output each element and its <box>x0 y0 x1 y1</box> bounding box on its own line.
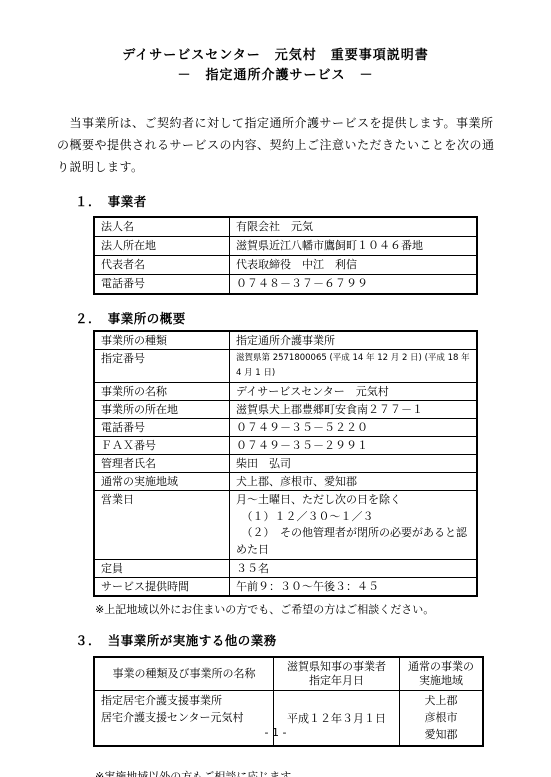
table-row: 事業所の所在地 滋賀県犬上郡豊郷町安食南２７７－１ <box>94 401 477 419</box>
row-label: 電話番号 <box>94 419 230 437</box>
table-header-row: 事業の種類及び事業所の名称 滋賀県知事の事業者 指定年月日 通常の事業の 実施地… <box>94 657 483 691</box>
document-subtitle: － 指定通所介護サービス － <box>0 66 551 86</box>
row-label: 指定番号 <box>94 350 230 383</box>
row-label: 管理者氏名 <box>94 455 230 473</box>
table-row: 代表者名 代表取締役 中江 利信 <box>94 256 477 275</box>
row-value: ３５名 <box>230 560 478 578</box>
row-value: 有限会社 元気 <box>230 217 478 237</box>
row-value: ０７４９－３５－５２２０ <box>230 419 478 437</box>
row-label: 法人名 <box>94 217 230 237</box>
row-label: 電話番号 <box>94 275 230 295</box>
table-row: 法人所在地 滋賀県近江八幡市鷹飼町１０４６番地 <box>94 237 477 256</box>
office-overview-table: 事業所の種類 指定通所介護事業所 指定番号 滋賀県第 2571800065 (平… <box>93 330 478 597</box>
section3-note: ※実施地域以外の方もご相談に応じます。 <box>95 769 551 777</box>
row-value: ０７４９－３５－２９９１ <box>230 437 478 455</box>
section2-note: ※上記地域以外にお住まいの方でも、ご希望の方はご相談ください。 <box>95 602 551 617</box>
row-value: 柴田 弘司 <box>230 455 478 473</box>
row-label: サービス提供時間 <box>94 578 230 597</box>
row-value: 月～土曜日、ただし次の日を除く （１）１２／３０～１／３ （２） その他管理者が… <box>230 491 478 560</box>
table-row: 事業所の種類 指定通所介護事業所 <box>94 331 477 350</box>
row-value: 滋賀県第 2571800065 (平成 14 年 12 月 2 日) (平成 1… <box>230 350 478 383</box>
document-title: デイサービスセンター 元気村 重要事項説明書 <box>0 46 551 66</box>
row-value: 犬上郡、彦根市、愛知郡 <box>230 473 478 491</box>
table-row: 指定番号 滋賀県第 2571800065 (平成 14 年 12 月 2 日) … <box>94 350 477 383</box>
table-row: サービス提供時間 午前９：３０～午後３：４５ <box>94 578 477 597</box>
page-number: - 1 - <box>0 726 551 739</box>
table-row: ＦＡＸ番号 ０７４９－３５－２９９１ <box>94 437 477 455</box>
row-value: 指定通所介護事業所 <box>230 331 478 350</box>
row-label: 営業日 <box>94 491 230 560</box>
intro-paragraph: 当事業所は、ご契約者に対して指定通所介護サービスを提供します。事業所の概要や提供… <box>57 112 502 178</box>
table-row: 営業日 月～土曜日、ただし次の日を除く （１）１２／３０～１／３ （２） その他… <box>94 491 477 560</box>
table-row: 管理者氏名 柴田 弘司 <box>94 455 477 473</box>
row-value: 代表取締役 中江 利信 <box>230 256 478 275</box>
column-header: 通常の事業の 実施地域 <box>400 657 484 691</box>
document-page: デイサービスセンター 元気村 重要事項説明書 － 指定通所介護サービス － 当事… <box>0 0 551 777</box>
section1-heading: １． 事業者 <box>75 194 551 209</box>
table-row: 通常の実施地域 犬上郡、彦根市、愛知郡 <box>94 473 477 491</box>
table-row: 電話番号 ０７４８－３７－６７９９ <box>94 275 477 295</box>
column-header: 事業の種類及び事業所の名称 <box>94 657 274 691</box>
row-label: 通常の実施地域 <box>94 473 230 491</box>
row-value: 滋賀県犬上郡豊郷町安食南２７７－１ <box>230 401 478 419</box>
row-label: 定員 <box>94 560 230 578</box>
row-value: デイサービスセンター 元気村 <box>230 383 478 401</box>
table-row: 電話番号 ０７４９－３５－５２２０ <box>94 419 477 437</box>
section2-heading: ２． 事業所の概要 <box>75 311 551 326</box>
row-label: 法人所在地 <box>94 237 230 256</box>
column-header: 滋賀県知事の事業者 指定年月日 <box>274 657 400 691</box>
row-label: ＦＡＸ番号 <box>94 437 230 455</box>
table-row: 法人名 有限会社 元気 <box>94 217 477 237</box>
row-label: 事業所の所在地 <box>94 401 230 419</box>
table-row: 事業所の名称 デイサービスセンター 元気村 <box>94 383 477 401</box>
row-value: 午前９：３０～午後３：４５ <box>230 578 478 597</box>
section3-heading: ３． 当事業所が実施する他の業務 <box>75 633 551 648</box>
table-row: 定員 ３５名 <box>94 560 477 578</box>
row-value: 滋賀県近江八幡市鷹飼町１０４６番地 <box>230 237 478 256</box>
row-label: 代表者名 <box>94 256 230 275</box>
row-label: 事業所の種類 <box>94 331 230 350</box>
row-label: 事業所の名称 <box>94 383 230 401</box>
provider-table: 法人名 有限会社 元気 法人所在地 滋賀県近江八幡市鷹飼町１０４６番地 代表者名… <box>93 216 478 295</box>
row-value: ０７４８－３７－６７９９ <box>230 275 478 295</box>
